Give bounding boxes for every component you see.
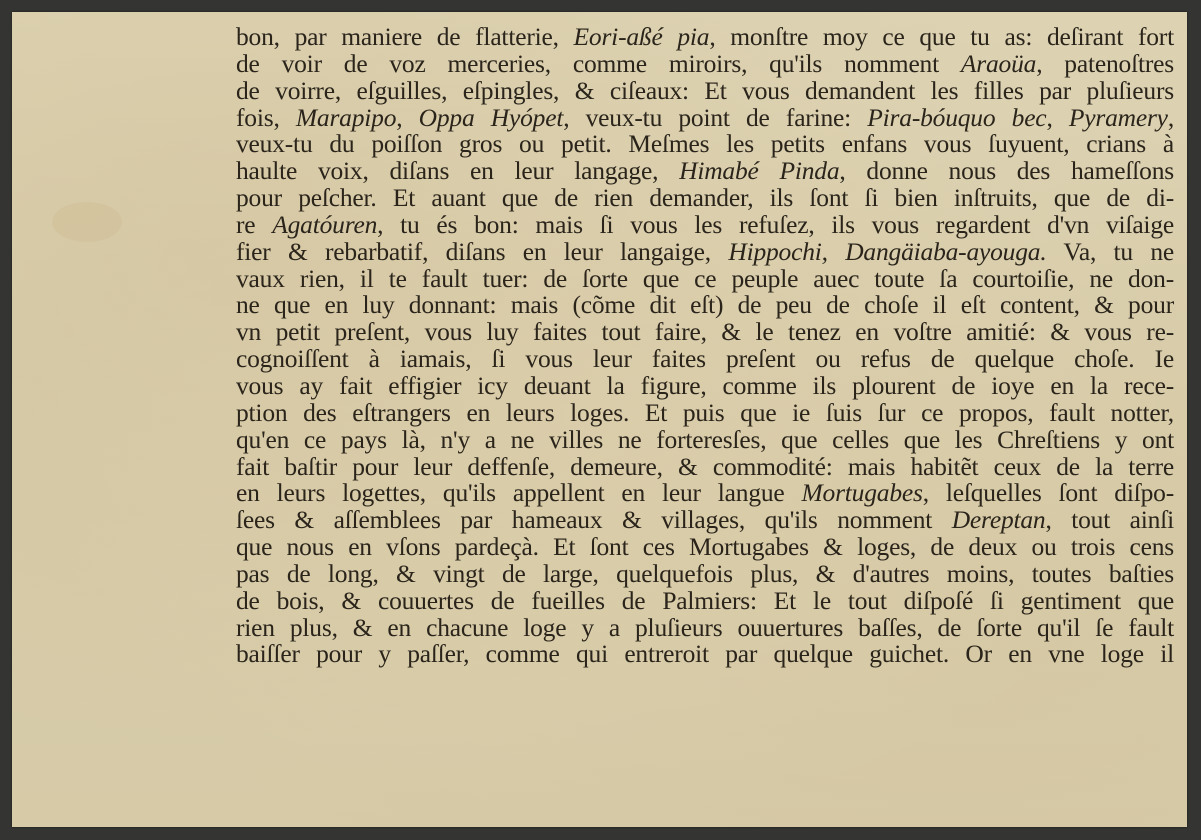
text-run: , patenoſtres — [1036, 49, 1174, 78]
paper-stain — [52, 202, 122, 242]
text-run: ption des eſtrangers en leurs loges. Et … — [236, 398, 1174, 427]
text-line: rien plus, & en chacune loge y a pluſieu… — [236, 615, 1174, 642]
italic-phrase: Marapipo — [296, 103, 396, 132]
text-line: ſees & aſſemblees par hameaux & villages… — [236, 507, 1174, 534]
text-run: cognoiſſent à iamais, ſi vous leur faite… — [236, 344, 1174, 373]
text-run: fait baſtir pour leur deffenſe, demeure,… — [236, 452, 1174, 481]
italic-phrase: Himabé Pinda — [679, 156, 839, 185]
text-run: fier & rebarbatif, diſans en leur langai… — [236, 237, 728, 266]
text-line: vous ay fait effigier icy deuant la figu… — [236, 373, 1174, 400]
text-run: vn petit preſent, vous luy faites tout f… — [236, 317, 1174, 346]
text-line: baiſſer pour y paſſer, comme qui entrero… — [236, 641, 1174, 668]
text-line: fait baſtir pour leur deffenſe, demeure,… — [236, 454, 1174, 481]
italic-phrase: Araoüa — [961, 49, 1036, 78]
text-run: , — [396, 103, 418, 132]
book-page: bon, par maniere de flatterie, Eori-aßé … — [12, 12, 1187, 827]
text-run: , donne nous des hameſſons — [839, 156, 1174, 185]
text-run: bon, par maniere de flatterie, — [236, 22, 574, 51]
text-run: rien plus, & en chacune loge y a pluſieu… — [236, 613, 1174, 642]
text-run: , veux-tu point de farine: — [563, 103, 867, 132]
text-line: haulte voix, diſans en leur langage, Him… — [236, 158, 1174, 185]
text-run: , — [1046, 103, 1068, 132]
text-line: fois, Marapipo, Oppa Hyópet, veux-tu poi… — [236, 105, 1174, 132]
text-run: de voirre, eſguilles, eſpingles, & ciſea… — [236, 76, 1174, 105]
text-run: , — [1168, 103, 1174, 132]
text-run: pour peſcher. Et auant que de rien deman… — [236, 183, 1174, 212]
italic-phrase: Dereptan — [952, 505, 1046, 534]
text-line: de bois, & couuertes de fueilles de Palm… — [236, 588, 1174, 615]
text-run: , tout ainſi — [1045, 505, 1174, 534]
text-line: que nous en vſons pardeçà. Et ſont ces M… — [236, 534, 1174, 561]
italic-phrase: Hippochi, Dangäiaba-ayouga. — [728, 237, 1046, 266]
page-text: bon, par maniere de flatterie, Eori-aßé … — [236, 16, 1174, 668]
text-run: haulte voix, diſans en leur langage, — [236, 156, 679, 185]
text-run: , monſtre moy ce que tu as: deſirant for… — [709, 22, 1174, 51]
italic-phrase: Agatóuren — [272, 210, 377, 239]
italic-phrase: Oppa Hyópet — [419, 103, 564, 132]
text-run: en leurs logettes, qu'ils appellent en l… — [236, 478, 801, 507]
text-run: ne que en luy donnant: mais (cõme dit eſ… — [236, 290, 1174, 319]
text-run: re — [236, 210, 272, 239]
text-run: qu'en ce pays là, n'y a ne villes ne for… — [236, 425, 1174, 454]
text-line: vaux rien, il te fault tuer: de ſorte qu… — [236, 266, 1174, 293]
text-run: , leſquelles ſont diſpo- — [923, 478, 1174, 507]
cut-off-top-line — [236, 16, 1174, 24]
text-line: re Agatóuren, tu és bon: mais ſi vous le… — [236, 212, 1174, 239]
frame-background: bon, par maniere de flatterie, Eori-aßé … — [0, 0, 1201, 840]
text-line: pour peſcher. Et auant que de rien deman… — [236, 185, 1174, 212]
text-line: ption des eſtrangers en leurs loges. Et … — [236, 400, 1174, 427]
text-line: vn petit preſent, vous luy faites tout f… — [236, 319, 1174, 346]
italic-phrase: Pira-bóuquo bec — [867, 103, 1046, 132]
text-line: qu'en ce pays là, n'y a ne villes ne for… — [236, 427, 1174, 454]
italic-phrase: Eori-aßé pia — [574, 22, 710, 51]
text-run: vous ay fait effigier icy deuant la figu… — [236, 371, 1174, 400]
text-run: baiſſer pour y paſſer, comme qui entrero… — [236, 639, 1174, 668]
text-run: de voir de voz merceries, comme miroirs,… — [236, 49, 961, 78]
text-line: cognoiſſent à iamais, ſi vous leur faite… — [236, 346, 1174, 373]
text-line: pas de long, & vingt de large, quelquefo… — [236, 561, 1174, 588]
italic-phrase: Mortugabes — [801, 478, 922, 507]
text-line: de voirre, eſguilles, eſpingles, & ciſea… — [236, 78, 1174, 105]
text-run: fois, — [236, 103, 296, 132]
text-line: fier & rebarbatif, diſans en leur langai… — [236, 239, 1174, 266]
text-run: de bois, & couuertes de fueilles de Palm… — [236, 586, 1174, 615]
text-line: de voir de voz merceries, comme miroirs,… — [236, 51, 1174, 78]
text-line: bon, par maniere de flatterie, Eori-aßé … — [236, 24, 1174, 51]
text-run: vaux rien, il te fault tuer: de ſorte qu… — [236, 264, 1174, 293]
text-line: en leurs logettes, qu'ils appellent en l… — [236, 480, 1174, 507]
text-line: veux-tu du poiſſon gros ou petit. Meſmes… — [236, 131, 1174, 158]
text-line: ne que en luy donnant: mais (cõme dit eſ… — [236, 292, 1174, 319]
text-run: Va, tu ne — [1047, 237, 1174, 266]
text-run: veux-tu du poiſſon gros ou petit. Meſmes… — [236, 129, 1174, 158]
text-run: , tu és bon: mais ſi vous les refuſez, i… — [377, 210, 1174, 239]
italic-phrase: Pyramery — [1069, 103, 1168, 132]
text-run: que nous en vſons pardeçà. Et ſont ces M… — [236, 532, 1174, 561]
text-run: pas de long, & vingt de large, quelquefo… — [236, 559, 1174, 588]
text-run: ſees & aſſemblees par hameaux & villages… — [236, 505, 952, 534]
